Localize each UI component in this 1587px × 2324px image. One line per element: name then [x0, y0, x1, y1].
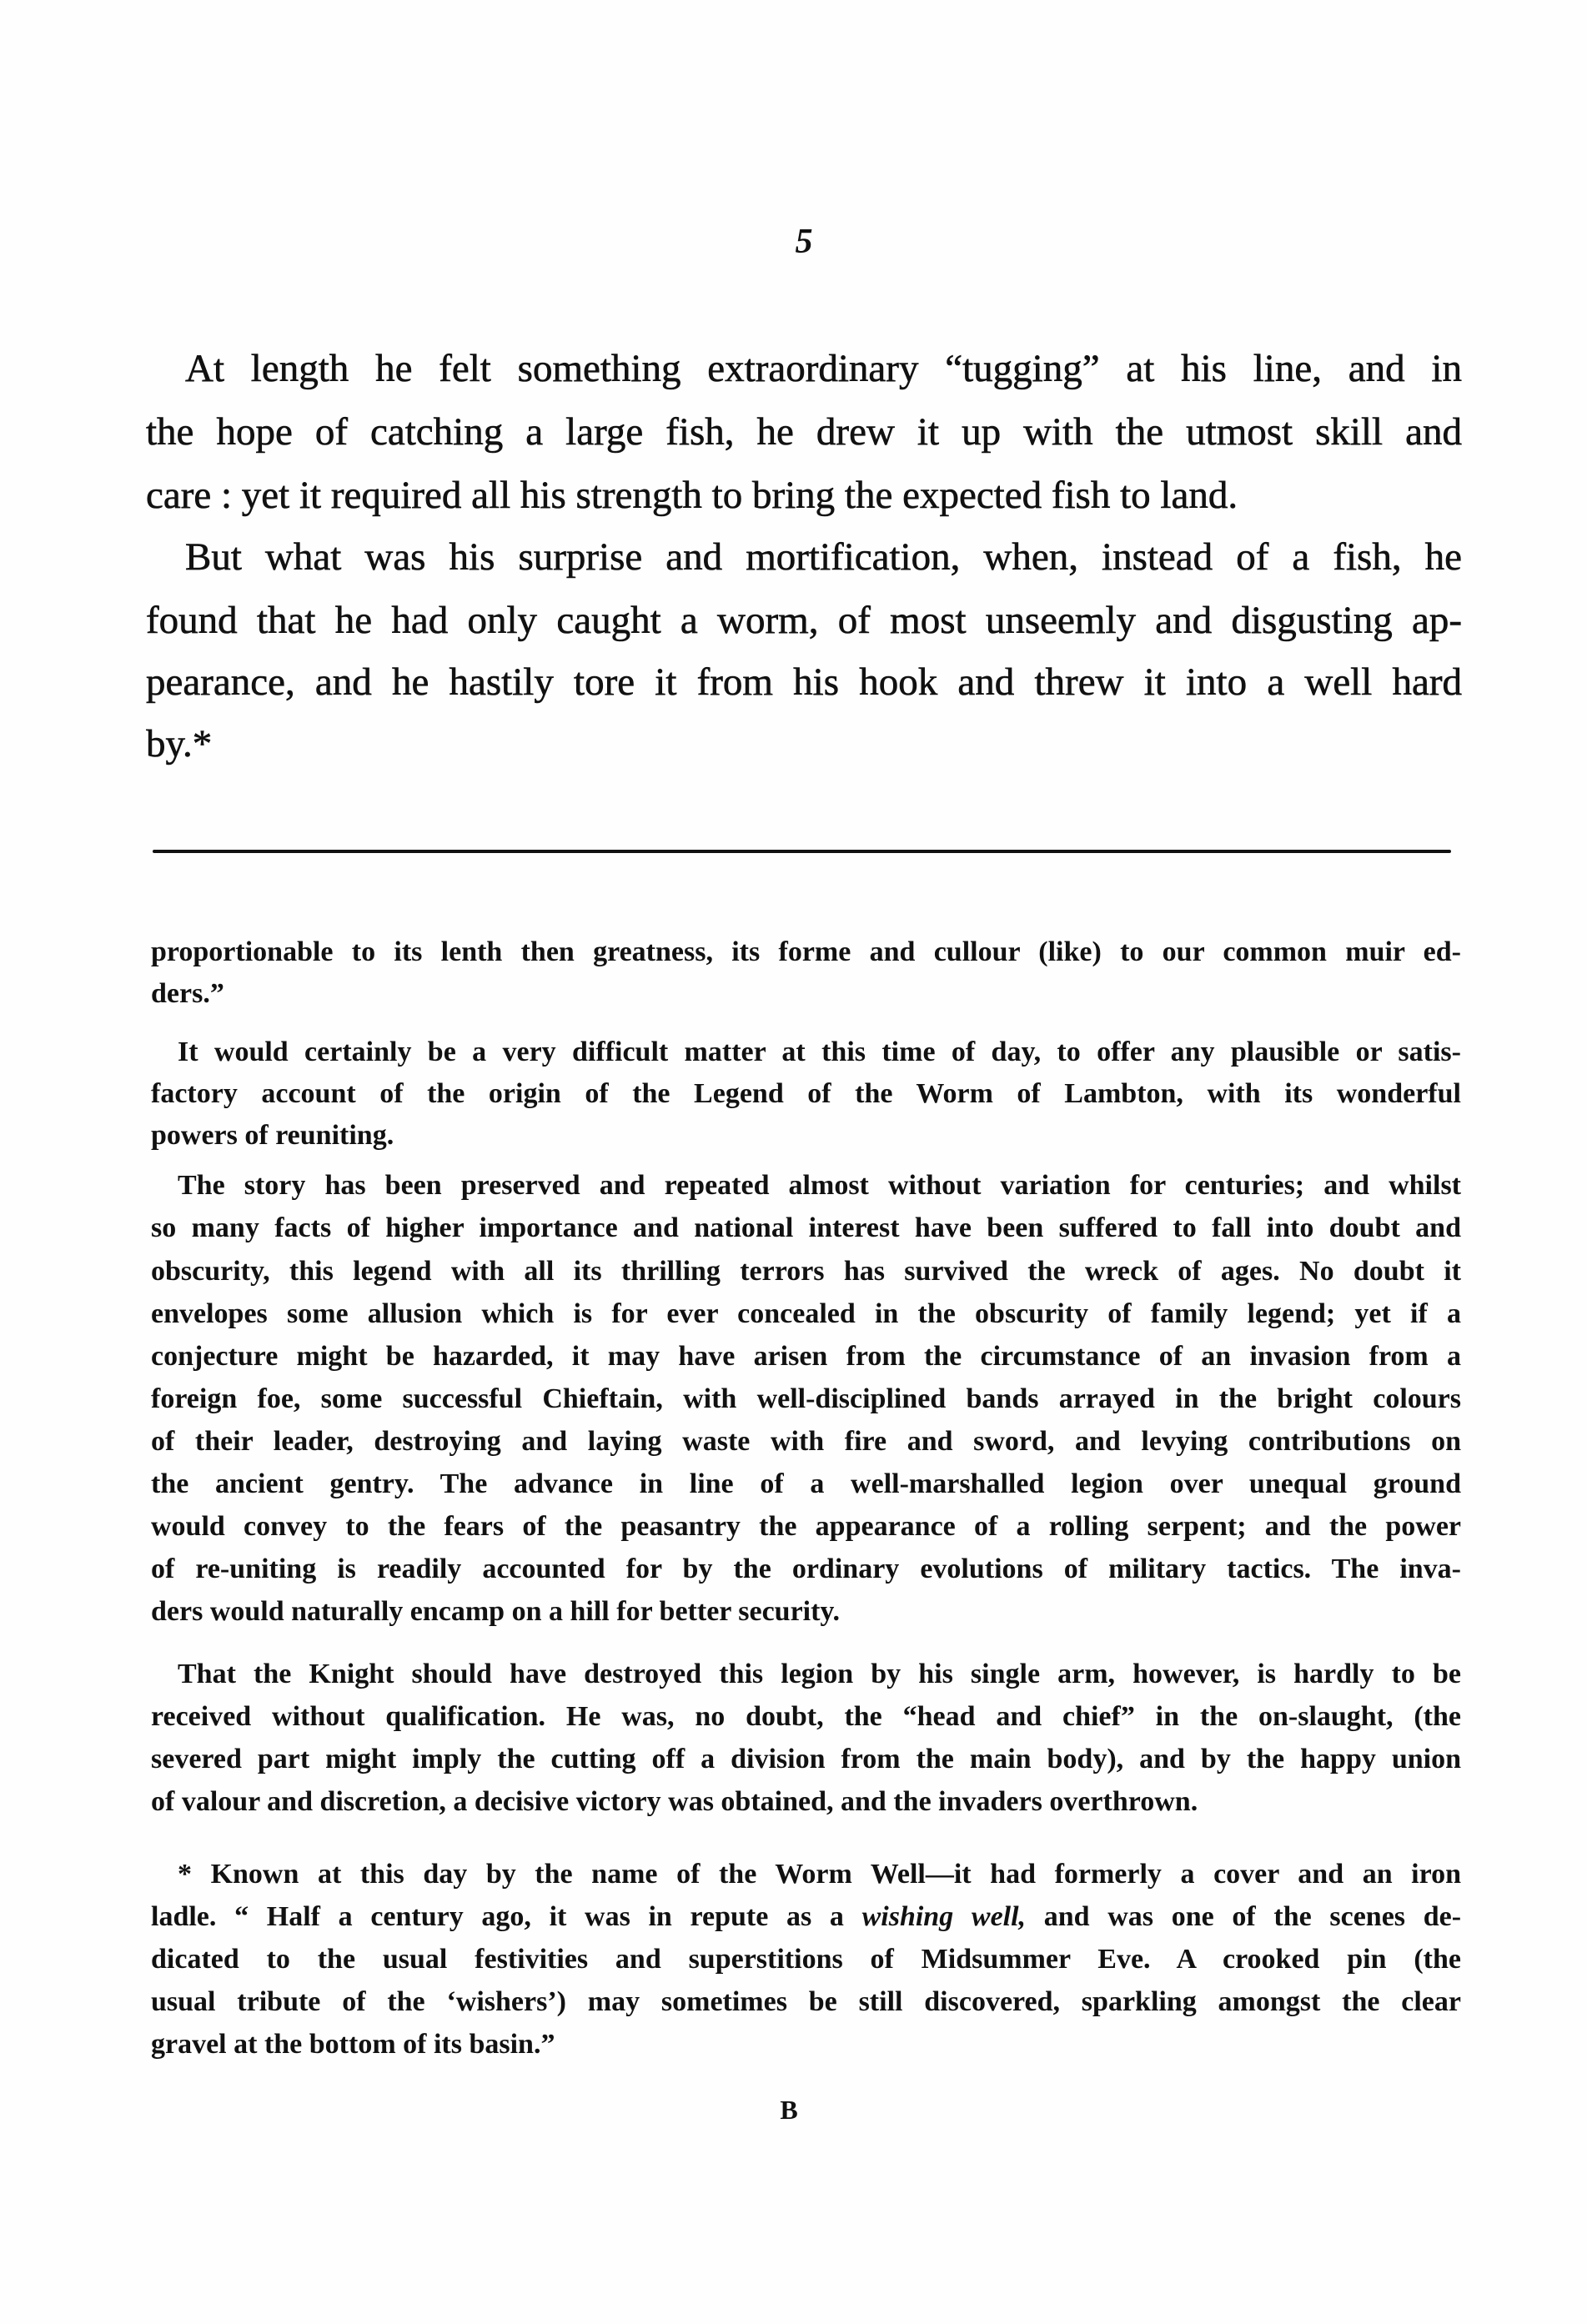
footnote-marker: *: [178, 1859, 192, 1890]
book-page: 5 At length he felt something extraordin…: [0, 0, 1587, 2324]
text-line: by.*: [146, 720, 480, 767]
text-line: factory account of the origin of the Leg…: [151, 1076, 1461, 1112]
footnote-line: ladle. “ Half a century ago, it was in r…: [151, 1899, 1461, 1935]
text-line: the ancient gentry. The advance in line …: [151, 1466, 1461, 1503]
text-line: found that he had only caught a worm, of…: [146, 597, 1462, 644]
text-line: But what was his surprise and mortificat…: [185, 534, 1462, 580]
text-line: so many facts of higher importance and n…: [151, 1210, 1461, 1247]
text-line: the hope of catching a large fish, he dr…: [146, 409, 1462, 455]
signature-mark: B: [772, 2095, 806, 2125]
text-line: would convey to the fears of the peasant…: [151, 1508, 1461, 1545]
text-line: ders.”: [151, 976, 651, 1012]
page-number: 5: [789, 223, 819, 260]
text-line: The story has been preserved and repeate…: [178, 1167, 1461, 1204]
text-line: of valour and discretion, a decisive vic…: [151, 1784, 1402, 1820]
text-line: It would certainly be a very difficult m…: [178, 1034, 1461, 1071]
text-line: powers of reuniting.: [151, 1117, 818, 1154]
text-line: ders would naturally encamp on a hill fo…: [151, 1594, 1068, 1630]
footnote-divider-rule: [153, 850, 1451, 853]
footnote-line: usual tribute of the ‘wishers’) may some…: [151, 1984, 1461, 2020]
text-line: obscurity, this legend with all its thri…: [151, 1253, 1461, 1290]
text-line: received without qualification. He was, …: [151, 1699, 1461, 1735]
text-line: pearance, and he hastily tore it from hi…: [146, 659, 1462, 705]
footnote-text: and was one of the scenes de-: [1026, 1901, 1461, 1932]
text-line: of their leader, destroying and laying w…: [151, 1423, 1461, 1460]
footnote-line: * Known at this day by the name of the W…: [178, 1856, 1461, 1893]
text-line: severed part might imply the cutting off…: [151, 1741, 1461, 1778]
footnote-line: dicated to the usual festivities and sup…: [151, 1941, 1461, 1978]
text-line: foreign foe, some successful Chieftain, …: [151, 1381, 1461, 1418]
text-line: care : yet it required all his strength …: [146, 472, 1462, 519]
text-line: conjecture might be hazarded, it may hav…: [151, 1338, 1461, 1375]
footnote-text: ladle. “ Half a century ago, it was in r…: [151, 1901, 862, 1932]
text-line: proportionable to its lenth then greatne…: [151, 934, 1461, 971]
footnote-text: Known at this day by the name of the Wor…: [211, 1859, 1461, 1890]
footnote-line: gravel at the bottom of its basin.”: [151, 2026, 901, 2063]
footnote-italic-text: wishing well,: [862, 1901, 1026, 1932]
text-line: That the Knight should have destroyed th…: [178, 1656, 1461, 1693]
text-line: At length he felt something extraordinar…: [185, 345, 1462, 392]
text-line: of re-uniting is readily accounted for b…: [151, 1551, 1461, 1588]
text-line: envelopes some allusion which is for eve…: [151, 1296, 1461, 1333]
